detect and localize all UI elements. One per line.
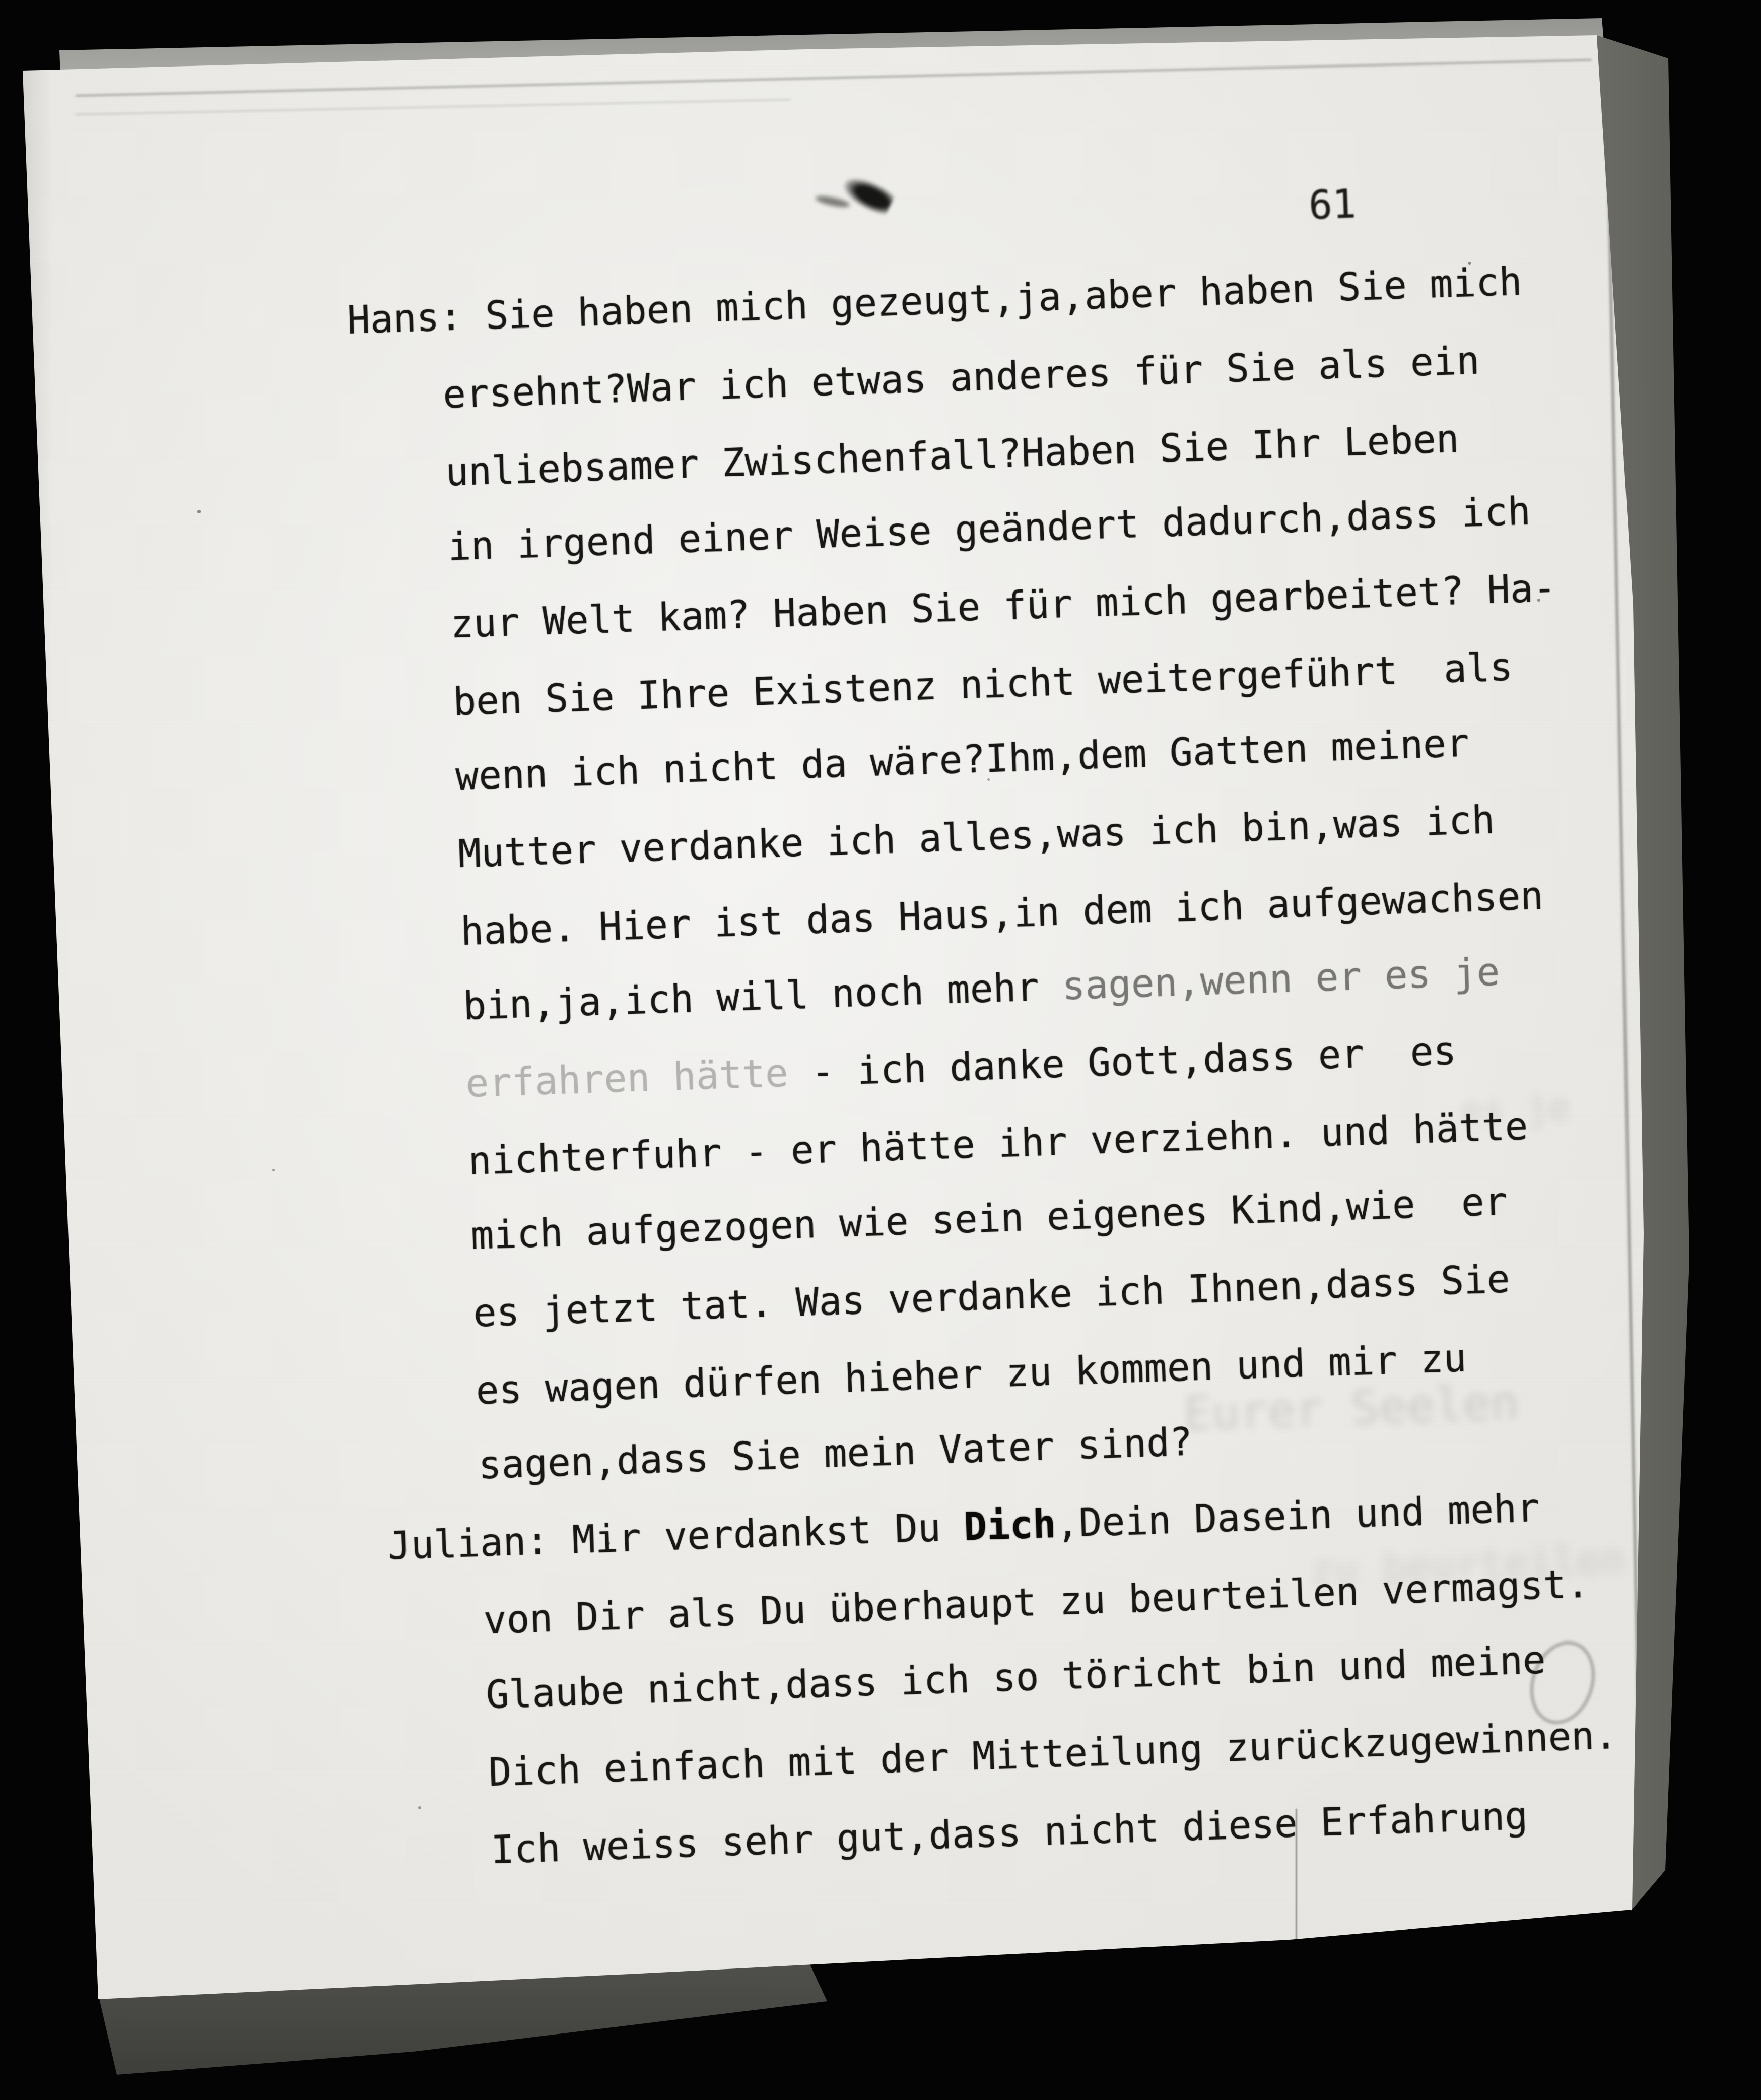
paper-speck	[418, 1806, 421, 1809]
text-segment: in irgend einer Weise geändert dadurch,d…	[447, 488, 1531, 569]
text-segment: habe. Hier ist das Haus,in dem ich aufge…	[460, 873, 1544, 954]
text-segment: Julian: Mir verdankst Du	[387, 1504, 964, 1568]
dialogue-text-line: mich aufgezogen wie sein eigenes Kind,wi…	[470, 1183, 1508, 1255]
text-segment: es jetzt tat. Was verdanke ich Ihnen,das…	[472, 1257, 1511, 1336]
text-segment: - ich danke Gott,dass er es	[810, 1028, 1457, 1094]
dialogue-text-line: es jetzt tat. Was verdanke ich Ihnen,das…	[472, 1260, 1510, 1333]
text-segment: Mutter verdanke ich alles,was ich bin,wa…	[457, 797, 1496, 876]
dialogue-text-line: zur Welt kam? Haben Sie für mich gearbei…	[450, 569, 1557, 644]
text-segment: Glaube nicht,dass ich so töricht bin und…	[485, 1637, 1546, 1718]
ink-smudge	[839, 172, 896, 218]
text-segment: ben Sie Ihre Existenz nicht weitergeführ…	[452, 644, 1514, 725]
text-segment: es wagen dürfen hieher zu kommen und mir…	[475, 1335, 1467, 1413]
dialogue-speaker-line: Hans: Sie haben mich gezeugt,ja,aber hab…	[347, 262, 1523, 340]
scanned-page-photo: 61 Eurer Seelenes jezu beurteilen Hans: …	[0, 0, 1761, 2100]
paper-speck	[607, 1542, 610, 1545]
page-number: 61	[1308, 181, 1357, 228]
dialogue-text-line: es wagen dürfen hieher zu kommen und mir…	[476, 1339, 1467, 1410]
dialogue-text-line: unliebsamer Zwischenfall?Haben Sie Ihr L…	[445, 420, 1460, 492]
dialogue-text-line: ben Sie Ihre Existenz nicht weitergeführ…	[452, 648, 1513, 721]
dialogue-text-line: Mutter verdanke ich alles,was ich bin,wa…	[457, 801, 1495, 873]
text-segment: sagen,dass Sie mein Vater sind?	[478, 1419, 1193, 1488]
paper-speck	[1468, 262, 1471, 265]
dialogue-text-line: von Dir als Du überhaupt zu beurteilen v…	[483, 1565, 1590, 1640]
text-segment: bin,ja,ich will noch mehr	[462, 964, 1063, 1028]
typewritten-text-block: Hans: Sie haben mich gezeugt,ja,aber hab…	[347, 257, 1761, 1964]
dialogue-text-line: Ich weiss sehr gut,dass nicht diese Erfa…	[491, 1797, 1528, 1869]
text-segment: wenn ich nicht da wäre?Ihm,dem Gatten me…	[455, 720, 1470, 799]
text-segment: mich aufgezogen wie sein eigenes Kind,wi…	[470, 1179, 1508, 1258]
paper-crease-line	[76, 99, 791, 115]
dialogue-text-line: wenn ich nicht da wäre?Ihm,dem Gatten me…	[455, 724, 1470, 796]
paper-crease-line	[76, 59, 1591, 97]
text-segment: Dich einfach mit der Mitteilung zurückzu…	[488, 1713, 1618, 1795]
text-segment: nichterfuhr - er hätte ihr verziehn. und…	[467, 1103, 1529, 1184]
text-segment: ,Dein Dasein und mehr	[1055, 1485, 1540, 1546]
text-segment: unliebsamer Zwischenfall?Haben Sie Ihr L…	[445, 416, 1460, 495]
text-segment: Dich	[963, 1501, 1057, 1549]
dialogue-text-line: Dich einfach mit der Mitteilung zurückzu…	[488, 1716, 1618, 1792]
paper-speck	[1537, 599, 1540, 602]
manuscript-page: 61 Eurer Seelenes jezu beurteilen Hans: …	[0, 0, 1761, 2100]
text-segment: sagen,wenn er es je	[1061, 949, 1501, 1009]
text-segment: ersehnt?War ich etwas anderes für Sie al…	[442, 338, 1480, 417]
paper-speck	[197, 510, 201, 513]
dialogue-speaker-line: Julian: Mir verdankst Du Dich,Dein Dasei…	[387, 1489, 1540, 1565]
dialogue-text-line: erfahren hätte - ich danke Gott,dass er …	[465, 1032, 1457, 1103]
dialogue-text-line: sagen,dass Sie mein Vater sind?	[478, 1423, 1193, 1485]
text-segment: von Dir als Du überhaupt zu beurteilen v…	[483, 1561, 1590, 1643]
paper-speck	[272, 1169, 275, 1171]
text-segment: Hans: Sie haben mich gezeugt,ja,aber hab…	[347, 259, 1523, 343]
dialogue-text-line: ersehnt?War ich etwas anderes für Sie al…	[442, 342, 1480, 414]
text-segment: erfahren hätte	[465, 1049, 812, 1106]
dialogue-text-line: habe. Hier ist das Haus,in dem ich aufge…	[460, 877, 1544, 951]
dialogue-text-line: nichterfuhr - er hätte ihr verziehn. und…	[467, 1107, 1528, 1180]
text-segment: zur Welt kam? Haben Sie für mich gearbei…	[450, 565, 1557, 647]
text-segment: Ich weiss sehr gut,dass nicht diese Erfa…	[491, 1793, 1529, 1872]
dialogue-text-line: in irgend einer Weise geändert dadurch,d…	[447, 492, 1531, 566]
dialogue-text-line: Glaube nicht,dass ich so töricht bin und…	[486, 1641, 1546, 1715]
paper-speck	[987, 778, 990, 781]
dialogue-text-line: bin,ja,ich will noch mehr sagen,wenn er …	[462, 953, 1500, 1025]
